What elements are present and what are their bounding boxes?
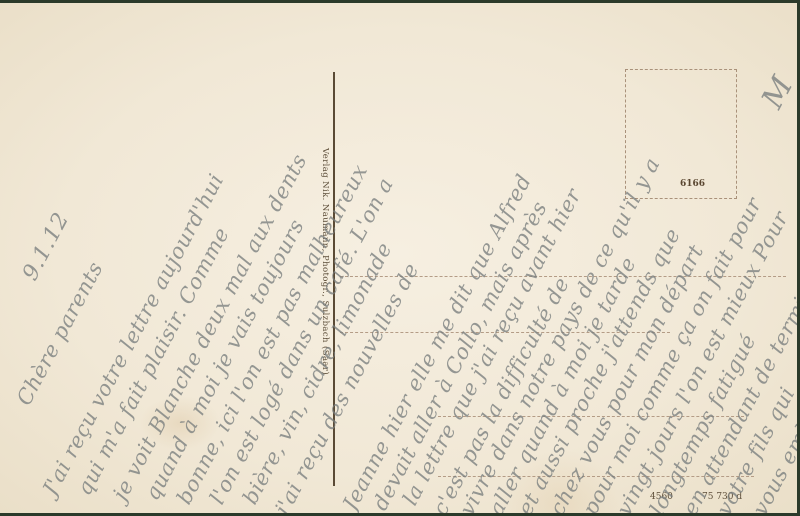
stamp-box-number: 6166 [680,179,705,189]
postcard-back: Verlag Nik. Naumann, Photogr., Sulzbach … [0,3,797,513]
handwritten-signature: M [755,70,797,114]
handwritten-date: 9.1.12 [18,209,74,285]
